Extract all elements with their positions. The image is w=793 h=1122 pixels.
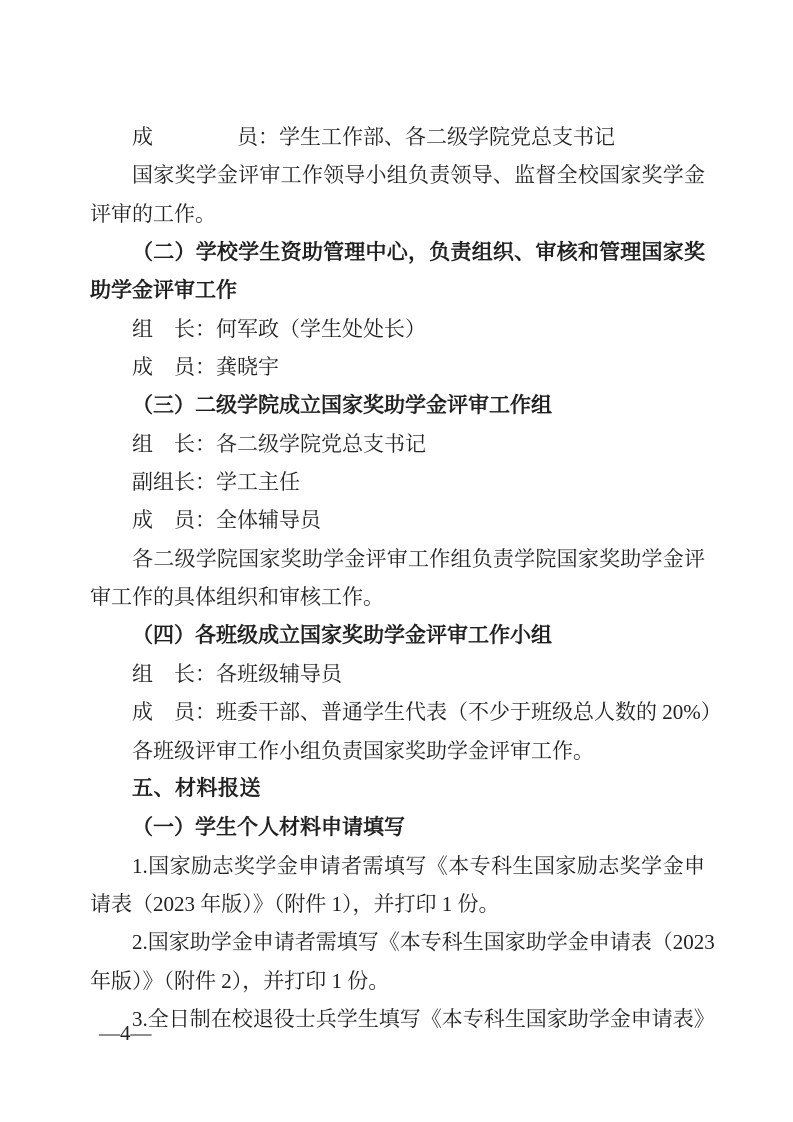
text-line: 评审的工作。 xyxy=(90,195,705,233)
text-line: 五、材料报送 xyxy=(90,770,705,808)
page-number: —4— xyxy=(99,1020,152,1046)
text-line: 组 长：何军政（学生处处长） xyxy=(90,310,705,348)
document-body: 成 员：学生工作部、各二级学院党总支书记国家奖学金评审工作领导小组负责领导、监督… xyxy=(90,118,705,1038)
text-line: 助学金评审工作 xyxy=(90,271,705,309)
text-line: 年版）》（附件 2），并打印 1 份。 xyxy=(90,962,705,1000)
text-line: （二）学校学生资助管理中心，负责组织、审核和管理国家奖 xyxy=(90,233,705,271)
text-line: 2.国家助学金申请者需填写《本专科生国家助学金申请表（2023 xyxy=(90,923,705,961)
text-line: （三）二级学院成立国家奖助学金评审工作组 xyxy=(90,386,705,424)
text-line: 各二级学院国家奖助学金评审工作组负责学院国家奖助学金评 xyxy=(90,540,705,578)
text-line: 成 员：学生工作部、各二级学院党总支书记 xyxy=(90,118,705,156)
text-line: 组 长：各班级辅导员 xyxy=(90,655,705,693)
text-line: 各班级评审工作小组负责国家奖助学金评审工作。 xyxy=(90,732,705,770)
text-line: 审工作的具体组织和审核工作。 xyxy=(90,578,705,616)
text-line: 副组长：学工主任 xyxy=(90,463,705,501)
text-line: 国家奖学金评审工作领导小组负责领导、监督全校国家奖学金 xyxy=(90,156,705,194)
text-line: 组 长：各二级学院党总支书记 xyxy=(90,425,705,463)
text-line: 成 员：龚晓宇 xyxy=(90,348,705,386)
text-line: 成 员：全体辅导员 xyxy=(90,501,705,539)
text-line: 3.全日制在校退役士兵学生填写《本专科生国家助学金申请表》 xyxy=(90,1000,705,1038)
text-line: 成 员：班委干部、普通学生代表（不少于班级总人数的 20%） xyxy=(90,693,705,731)
text-line: 1.国家励志奖学金申请者需填写《本专科生国家励志奖学金申 xyxy=(90,847,705,885)
text-line: （四）各班级成立国家奖助学金评审工作小组 xyxy=(90,616,705,654)
text-line: （一）学生个人材料申请填写 xyxy=(90,808,705,846)
text-line: 请表（2023 年版）》（附件 1），并打印 1 份。 xyxy=(90,885,705,923)
document-page: 成 员：学生工作部、各二级学院党总支书记国家奖学金评审工作领导小组负责领导、监督… xyxy=(0,0,793,1122)
